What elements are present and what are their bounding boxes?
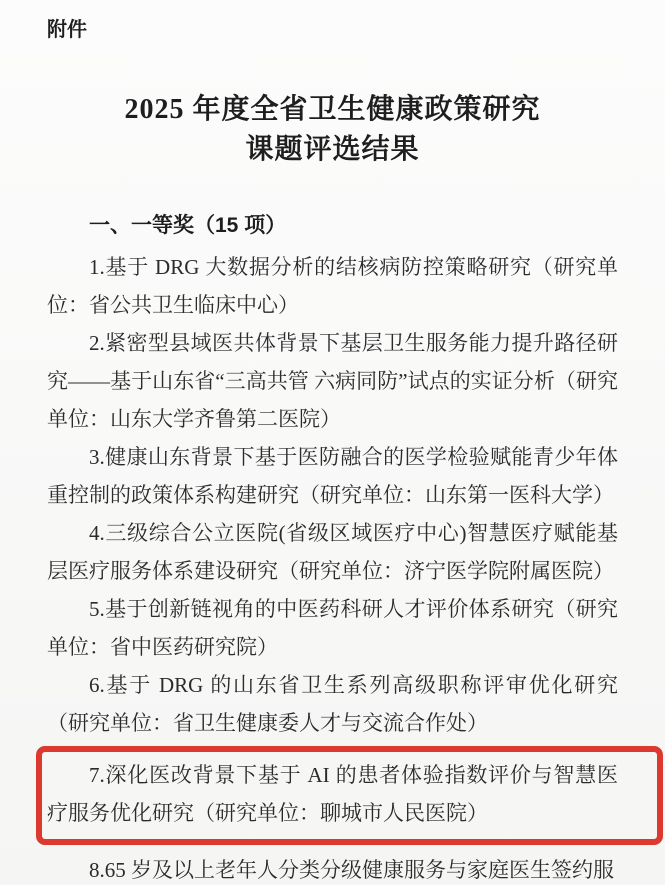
document-title-line-2: 课题评选结果	[245, 134, 419, 165]
award-item-8: 8.65 岁及以上老年人分类分级健康服务与家庭医生签约服	[47, 851, 618, 885]
document-title-line-1: 2025 年度全省卫生健康政策研究	[124, 94, 540, 125]
award-item-1: 1.基于 DRG 大数据分析的结核病防控策略研究（研究单位：省公共卫生临床中心）	[47, 248, 618, 324]
award-item-6: 6.基于 DRG 的山东省卫生系列高级职称评审优化研究（研究单位：省卫生健康委人…	[47, 666, 618, 742]
highlight-annotation-box: 7.深化医改背景下基于 AI 的患者体验指数评价与智慧医疗服务优化研究（研究单位…	[36, 746, 663, 845]
section-heading-first-prize: 一、一等奖（15 项）	[47, 212, 618, 240]
attachment-label: 附件	[47, 16, 618, 44]
document-page: 附件 2025 年度全省卫生健康政策研究 课题评选结果 一、一等奖（15 项） …	[0, 0, 665, 885]
award-item-2: 2.紧密型县域医共体背景下基层卫生服务能力提升路径研究——基于山东省“三高共管 …	[47, 324, 618, 438]
award-item-4: 4.三级综合公立医院(省级区域医疗中心)智慧医疗赋能基层医疗服务体系建设研究（研…	[47, 514, 618, 590]
award-item-7: 7.深化医改背景下基于 AI 的患者体验指数评价与智慧医疗服务优化研究（研究单位…	[47, 756, 618, 832]
document-title: 2025 年度全省卫生健康政策研究 课题评选结果	[47, 90, 618, 170]
award-item-5: 5.基于创新链视角的中医药科研人才评价体系研究（研究单位：省中医药研究院）	[47, 590, 618, 666]
award-item-3: 3.健康山东背景下基于医防融合的医学检验赋能青少年体重控制的政策体系构建研究（研…	[47, 438, 618, 514]
